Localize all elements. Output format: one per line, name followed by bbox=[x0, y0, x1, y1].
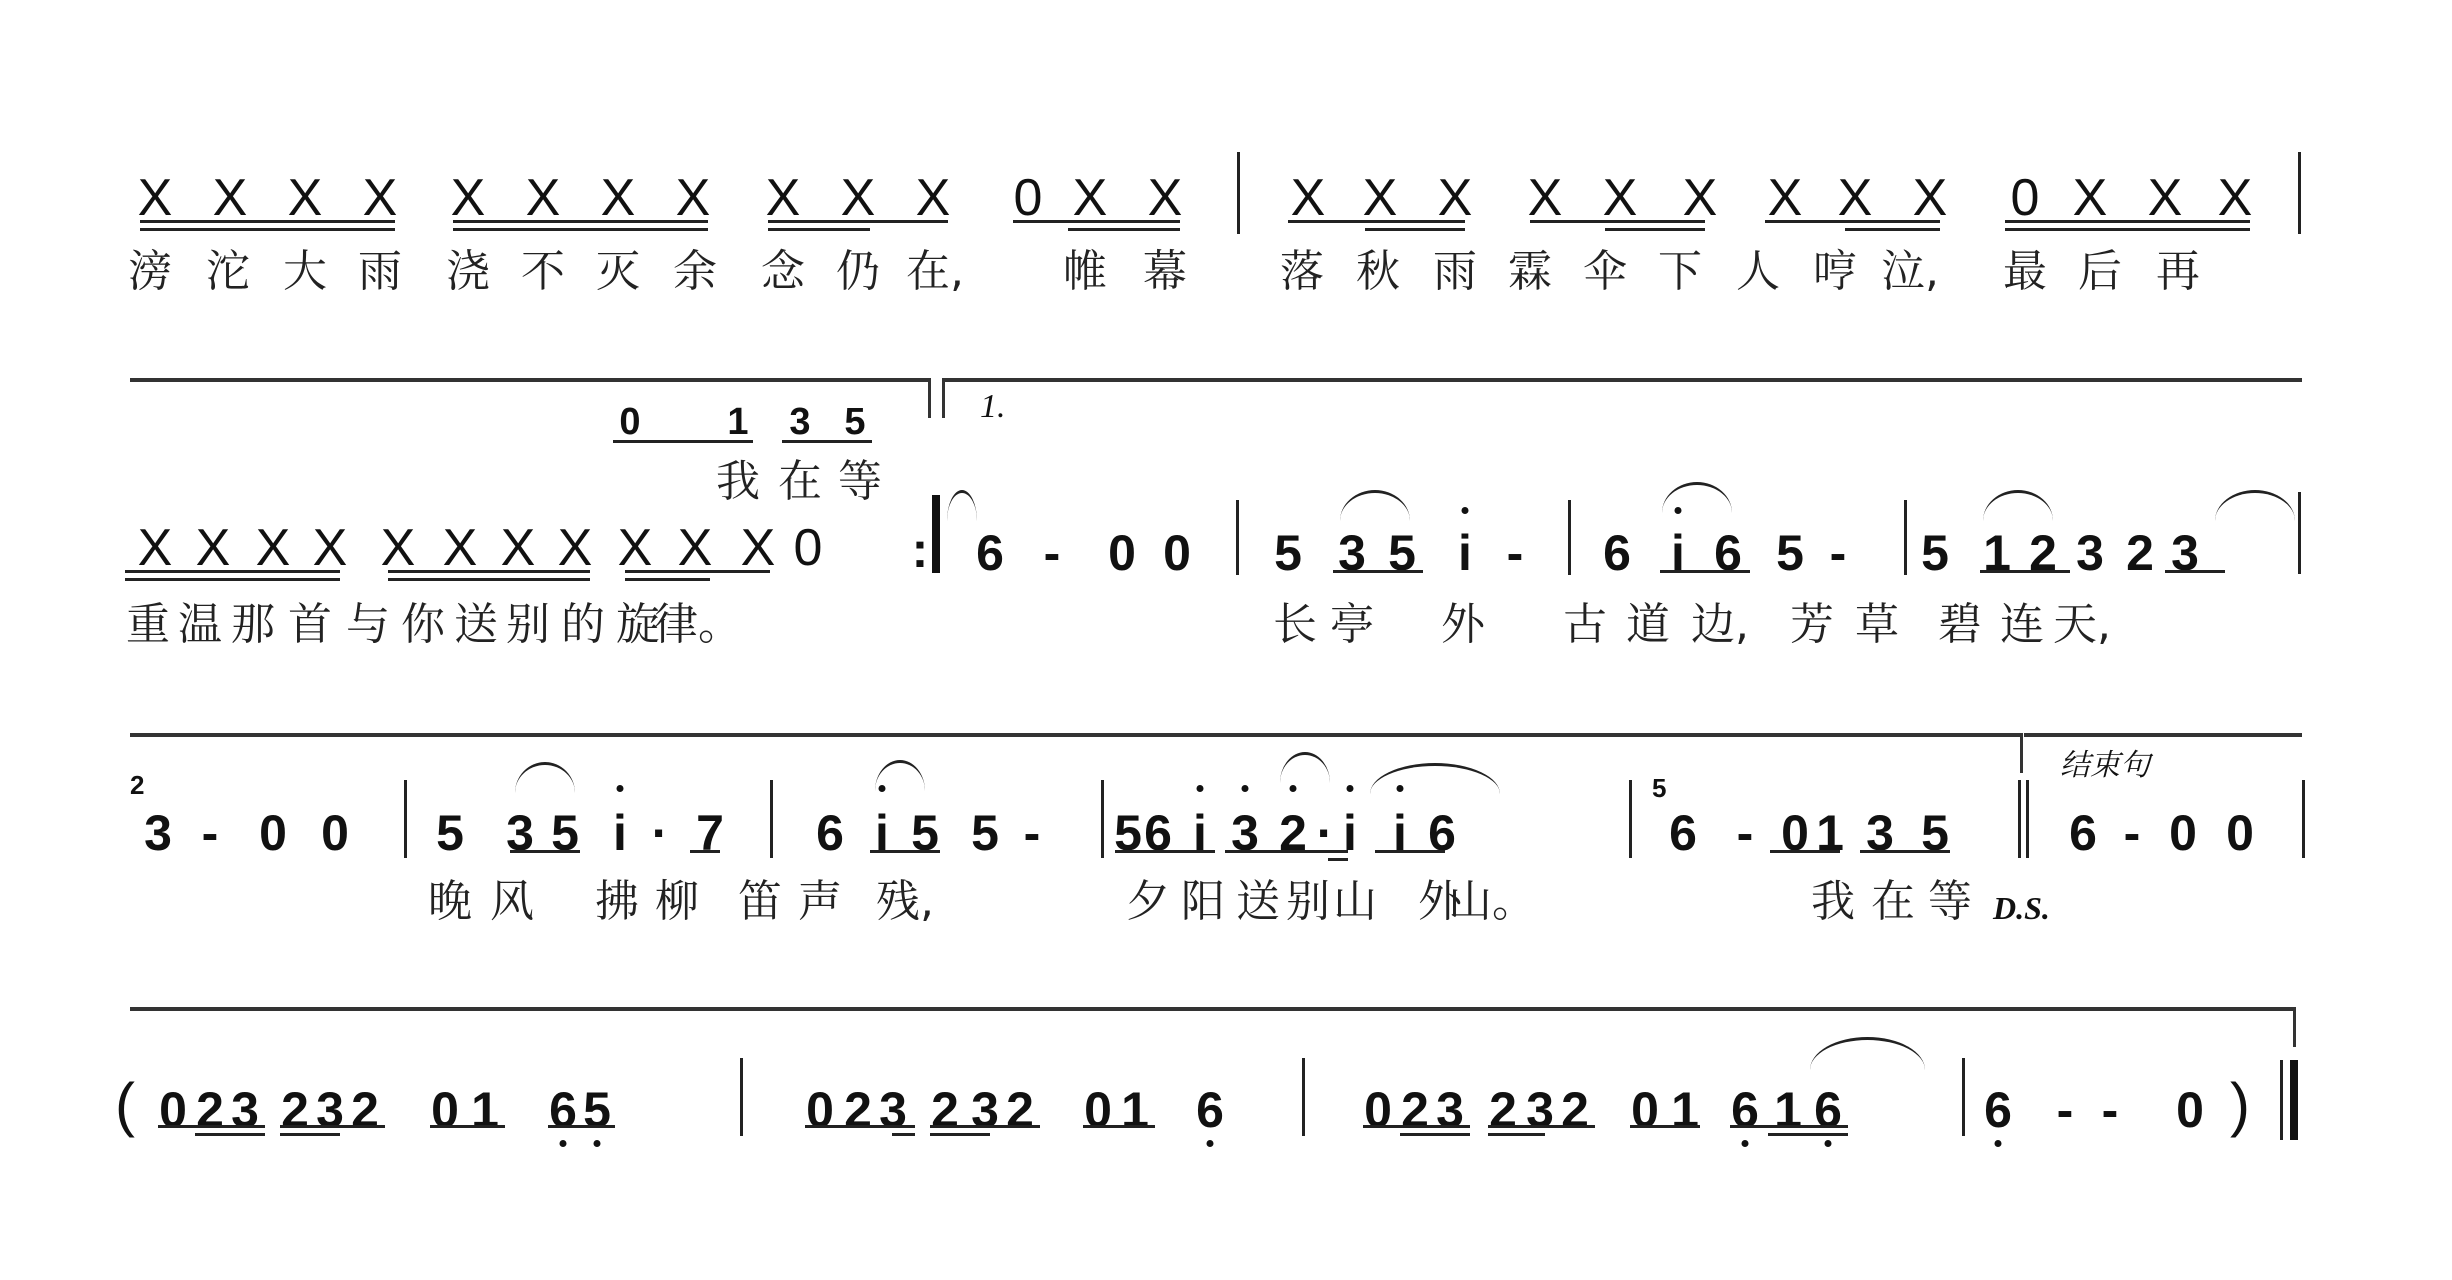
note: 5 bbox=[1776, 528, 1804, 578]
rhythm-note: X bbox=[196, 522, 231, 574]
beam bbox=[782, 440, 872, 443]
beam bbox=[1400, 1133, 1470, 1136]
rhythm-note: X bbox=[1291, 172, 1326, 224]
lyric-char: 雨 bbox=[1433, 250, 1477, 294]
octave-dot bbox=[1207, 1140, 1214, 1147]
repeat-barline bbox=[932, 495, 940, 573]
note: 5 bbox=[1921, 528, 1949, 578]
rhythm-note: X bbox=[501, 522, 536, 574]
slur bbox=[2215, 490, 2295, 521]
beam bbox=[280, 1133, 340, 1136]
note: 2 bbox=[2126, 528, 2154, 578]
lyric-char: 大 bbox=[283, 250, 327, 294]
volta-line bbox=[942, 378, 2302, 382]
beam bbox=[388, 570, 590, 573]
note: - bbox=[1507, 528, 1524, 578]
rhythm-note: 0 bbox=[794, 522, 823, 574]
beam bbox=[625, 578, 710, 581]
barline bbox=[2298, 492, 2301, 574]
staff-bracket-line bbox=[130, 378, 930, 382]
double-barline bbox=[2018, 780, 2021, 858]
rhythm-note: X bbox=[741, 522, 776, 574]
rhythm-note: X bbox=[766, 172, 801, 224]
beam bbox=[1328, 858, 1348, 861]
beam bbox=[1488, 1133, 1545, 1136]
staff-bracket-line bbox=[130, 733, 2020, 737]
lyric-char: 后 bbox=[2078, 250, 2122, 294]
lyric-char: 亭 bbox=[1330, 603, 1374, 647]
volta-bracket bbox=[928, 378, 931, 418]
rhythm-note: 0 bbox=[2011, 172, 2040, 224]
lyric-char: 声 bbox=[798, 880, 842, 924]
note: - bbox=[202, 808, 219, 858]
rhythm-note: X bbox=[1363, 172, 1398, 224]
lyric-char: 边, bbox=[1691, 603, 1749, 647]
lyric-char: 连 bbox=[2000, 603, 2044, 647]
beam bbox=[1278, 850, 1348, 853]
barline bbox=[770, 780, 773, 858]
lyric-char: 山 bbox=[1333, 880, 1377, 924]
note: · bbox=[652, 808, 669, 858]
lyric-char: 天, bbox=[2053, 603, 2111, 647]
lyric-char: 的 bbox=[561, 603, 605, 647]
lyric-char: 仍 bbox=[836, 250, 880, 294]
slur bbox=[1662, 482, 1732, 513]
barline bbox=[2302, 780, 2305, 858]
pickup-note: 1 bbox=[727, 403, 748, 441]
ending-bracket-line bbox=[2024, 733, 2302, 737]
beam bbox=[1630, 1125, 1700, 1128]
note: 6 bbox=[1669, 808, 1697, 858]
octave-dot bbox=[1397, 785, 1404, 792]
note: 6 bbox=[1984, 1085, 2012, 1135]
beam bbox=[625, 570, 770, 573]
barline bbox=[1568, 500, 1571, 575]
octave-dot bbox=[1197, 785, 1204, 792]
rhythm-note: X bbox=[678, 522, 713, 574]
beam bbox=[280, 1125, 385, 1128]
beam bbox=[690, 850, 720, 853]
lyric-char: 重 bbox=[126, 603, 170, 647]
octave-dot bbox=[879, 785, 886, 792]
lyric-char: 哼 bbox=[1813, 250, 1857, 294]
note: - bbox=[1024, 808, 1041, 858]
lyric-char: 那 bbox=[231, 603, 275, 647]
octave-dot bbox=[1242, 785, 1249, 792]
rhythm-note: X bbox=[213, 172, 248, 224]
rhythm-note: X bbox=[618, 522, 653, 574]
beam bbox=[1225, 850, 1285, 853]
beam bbox=[1765, 220, 1940, 223]
lyric-char: 长 bbox=[1273, 603, 1317, 647]
rhythm-note: X bbox=[443, 522, 478, 574]
ds-marking: D.S. bbox=[1993, 890, 2050, 927]
lyric-char: 山。 bbox=[1448, 880, 1536, 924]
octave-dot bbox=[1675, 507, 1682, 514]
barline bbox=[740, 1058, 743, 1136]
pickup-lyric: 在 bbox=[778, 460, 822, 504]
note: - bbox=[2102, 1085, 2119, 1135]
slur bbox=[1340, 490, 1410, 521]
pickup-note: 0 bbox=[619, 403, 640, 441]
beam bbox=[1860, 850, 1950, 853]
lyric-char: 滂 bbox=[128, 250, 172, 294]
note: - bbox=[2124, 808, 2141, 858]
barline bbox=[1904, 500, 1907, 575]
lyric-char: 在 bbox=[1871, 880, 1915, 924]
beam bbox=[768, 228, 870, 231]
lyric-char: 人 bbox=[1736, 250, 1780, 294]
lyric-char: 律。 bbox=[654, 603, 742, 647]
lyric-char: 沱 bbox=[206, 250, 250, 294]
octave-dot bbox=[594, 1140, 601, 1147]
beam bbox=[1845, 228, 1940, 231]
rhythm-note: X bbox=[381, 522, 416, 574]
pickup-lyric: 等 bbox=[838, 460, 882, 504]
octave-dot bbox=[1742, 1140, 1749, 1147]
lyric-char: 霖 bbox=[1508, 250, 1552, 294]
lyric-char: 首 bbox=[288, 603, 332, 647]
rhythm-note: X bbox=[1913, 172, 1948, 224]
lyric-char: 别 bbox=[506, 603, 550, 647]
rhythm-note: X bbox=[1073, 172, 1108, 224]
volta-label: 1. bbox=[980, 388, 1006, 426]
beam bbox=[2005, 228, 2250, 231]
rhythm-note: X bbox=[1438, 172, 1473, 224]
beam bbox=[1083, 1125, 1155, 1128]
barline bbox=[2298, 152, 2301, 234]
lyric-char: 下 bbox=[1658, 250, 1702, 294]
octave-dot bbox=[1825, 1140, 1832, 1147]
note: 0 bbox=[259, 808, 287, 858]
octave-dot bbox=[617, 785, 624, 792]
note: 0 bbox=[1163, 528, 1191, 578]
beam bbox=[2005, 220, 2250, 223]
beam bbox=[1530, 220, 1705, 223]
beam bbox=[1333, 570, 1423, 573]
note: i bbox=[1458, 528, 1472, 578]
lyric-char: 笛 bbox=[738, 880, 782, 924]
slur bbox=[1810, 1037, 1925, 1070]
beam bbox=[613, 440, 753, 443]
octave-dot bbox=[1347, 785, 1354, 792]
lyric-char: 送 bbox=[1236, 880, 1280, 924]
lyric-char: 别 bbox=[1286, 880, 1330, 924]
double-barline bbox=[2026, 780, 2029, 858]
octave-dot bbox=[1290, 785, 1297, 792]
rhythm-note: X bbox=[313, 522, 348, 574]
rhythm-note: X bbox=[2073, 172, 2108, 224]
note: 0 bbox=[2176, 1085, 2204, 1135]
beam bbox=[510, 850, 580, 853]
beam bbox=[125, 578, 340, 581]
beam bbox=[1288, 220, 1465, 223]
beam bbox=[805, 1125, 915, 1128]
repeat-dots: : bbox=[912, 525, 929, 575]
lyric-char: 再 bbox=[2156, 250, 2200, 294]
note: - bbox=[1044, 528, 1061, 578]
beam bbox=[140, 220, 395, 223]
lyric-char: 送 bbox=[454, 603, 498, 647]
grace-note: 2 bbox=[130, 772, 144, 798]
rhythm-note: X bbox=[2218, 172, 2253, 224]
final-barline bbox=[2280, 1060, 2283, 1140]
octave-dot bbox=[1995, 1140, 2002, 1147]
note: 5 bbox=[436, 808, 464, 858]
beam bbox=[768, 220, 948, 223]
final-barline-thick bbox=[2290, 1060, 2298, 1140]
lyric-char: 拂 bbox=[595, 880, 639, 924]
rhythm-note: X bbox=[1838, 172, 1873, 224]
barline bbox=[1962, 1058, 1965, 1136]
rhythm-note: X bbox=[288, 172, 323, 224]
lyric-char: 晚 bbox=[428, 880, 472, 924]
slur bbox=[515, 762, 575, 793]
lyric-char: 与 bbox=[346, 603, 390, 647]
lyric-char: 泣, bbox=[1881, 250, 1939, 294]
note: 3 bbox=[2076, 528, 2104, 578]
grace-note: 5 bbox=[1652, 775, 1666, 801]
beam bbox=[388, 578, 590, 581]
lyric-char: 在, bbox=[906, 250, 964, 294]
rhythm-note: X bbox=[916, 172, 951, 224]
rhythm-note: X bbox=[601, 172, 636, 224]
note: - bbox=[2057, 1085, 2074, 1135]
rhythm-note: X bbox=[676, 172, 711, 224]
beam bbox=[1980, 570, 2070, 573]
note: 6 bbox=[1196, 1085, 1224, 1135]
barline bbox=[1237, 152, 1240, 234]
beam bbox=[1768, 1133, 1848, 1136]
beam bbox=[870, 850, 940, 853]
octave-dot bbox=[560, 1140, 567, 1147]
slur bbox=[1280, 752, 1330, 783]
note: - bbox=[1830, 528, 1847, 578]
lyric-char: 雨 bbox=[358, 250, 402, 294]
lyric-char: 秋 bbox=[1356, 250, 1400, 294]
lyric-char: 草 bbox=[1855, 603, 1899, 647]
rhythm-note: X bbox=[526, 172, 561, 224]
barline bbox=[1101, 780, 1104, 858]
lyric-char: 幕 bbox=[1143, 250, 1187, 294]
rhythm-note: 0 bbox=[1014, 172, 1043, 224]
note: i bbox=[613, 808, 627, 858]
slur bbox=[947, 490, 977, 521]
note: 6 bbox=[816, 808, 844, 858]
pickup-note: 3 bbox=[789, 403, 810, 441]
beam bbox=[1770, 850, 1840, 853]
note: 0 bbox=[321, 808, 349, 858]
lyric-char: 风 bbox=[490, 880, 534, 924]
beam bbox=[1013, 220, 1180, 223]
rhythm-note: X bbox=[1603, 172, 1638, 224]
lyric-char: 念 bbox=[761, 250, 805, 294]
rhythm-note: X bbox=[558, 522, 593, 574]
note: 6 bbox=[976, 528, 1004, 578]
note: 5 bbox=[971, 808, 999, 858]
beam bbox=[1365, 228, 1465, 231]
beam bbox=[1115, 850, 1215, 853]
lyric-char: 灭 bbox=[596, 250, 640, 294]
rhythm-note: X bbox=[1148, 172, 1183, 224]
note: 6 bbox=[2069, 808, 2097, 858]
lyric-char: 道 bbox=[1626, 603, 1670, 647]
barline bbox=[1629, 780, 1632, 858]
lyric-char: 不 bbox=[521, 250, 565, 294]
beam bbox=[548, 1125, 615, 1128]
ending-label: 结束句 bbox=[2060, 740, 2150, 784]
lyric-char: 你 bbox=[401, 603, 445, 647]
note: 0 bbox=[2169, 808, 2197, 858]
note: 0 bbox=[2226, 808, 2254, 858]
beam bbox=[1375, 850, 1445, 853]
lyric-char: 残, bbox=[876, 880, 934, 924]
lyric-char: 古 bbox=[1563, 603, 1607, 647]
lyric-char: 阳 bbox=[1181, 880, 1225, 924]
volta-bracket bbox=[942, 378, 945, 418]
rhythm-note: X bbox=[1768, 172, 1803, 224]
lyric-char: 落 bbox=[1280, 250, 1324, 294]
lyric-char: 帷 bbox=[1063, 250, 1107, 294]
note: 0 bbox=[1108, 528, 1136, 578]
bracket-end bbox=[2293, 1007, 2296, 1047]
pickup-note: 5 bbox=[844, 403, 865, 441]
beam bbox=[195, 1133, 265, 1136]
beam bbox=[2165, 570, 2225, 573]
beam bbox=[1660, 570, 1750, 573]
beam bbox=[1068, 228, 1180, 231]
beam bbox=[930, 1133, 990, 1136]
pickup-lyric: 我 bbox=[716, 460, 760, 504]
rhythm-note: X bbox=[1683, 172, 1718, 224]
barline bbox=[404, 780, 407, 858]
beam bbox=[430, 1125, 505, 1128]
note: 3 bbox=[144, 808, 172, 858]
rhythm-note: X bbox=[256, 522, 291, 574]
beam bbox=[158, 1125, 265, 1128]
lyric-char: 碧 bbox=[1938, 603, 1982, 647]
lyric-char: 外 bbox=[1441, 603, 1485, 647]
rhythm-note: X bbox=[363, 172, 398, 224]
beam bbox=[453, 220, 708, 223]
beam bbox=[930, 1125, 1040, 1128]
rhythm-note: X bbox=[451, 172, 486, 224]
beam bbox=[1730, 1125, 1848, 1128]
ending-bracket bbox=[2020, 733, 2023, 773]
close-paren: ) bbox=[2230, 1075, 2250, 1135]
rhythm-note: X bbox=[841, 172, 876, 224]
octave-dot bbox=[1462, 507, 1469, 514]
open-paren: ( bbox=[115, 1075, 135, 1135]
beam bbox=[140, 228, 395, 231]
lyric-char: 我 bbox=[1811, 880, 1855, 924]
barline bbox=[1302, 1058, 1305, 1136]
lyric-char: 柳 bbox=[655, 880, 699, 924]
lyric-char: 温 bbox=[178, 603, 222, 647]
rhythm-note: X bbox=[138, 172, 173, 224]
lyric-char: 余 bbox=[673, 250, 717, 294]
beam bbox=[892, 1133, 915, 1136]
barline bbox=[1236, 500, 1239, 575]
note: - bbox=[1737, 808, 1754, 858]
rhythm-note: X bbox=[1528, 172, 1563, 224]
beam bbox=[453, 228, 708, 231]
note: 6 bbox=[1603, 528, 1631, 578]
lyric-char: 最 bbox=[2003, 250, 2047, 294]
lyric-char: 伞 bbox=[1583, 250, 1627, 294]
beam bbox=[1605, 228, 1705, 231]
beam bbox=[1363, 1125, 1470, 1128]
rhythm-note: X bbox=[138, 522, 173, 574]
slur bbox=[1370, 763, 1500, 794]
lyric-char: 芳 bbox=[1790, 603, 1834, 647]
beam bbox=[1488, 1125, 1595, 1128]
lyric-char: 夕 bbox=[1126, 880, 1170, 924]
slur bbox=[1983, 490, 2053, 521]
lyric-char: 等 bbox=[1928, 880, 1972, 924]
lyric-char: 浇 bbox=[446, 250, 490, 294]
rhythm-note: X bbox=[2148, 172, 2183, 224]
staff-bracket-line bbox=[130, 1007, 2295, 1011]
note: 5 bbox=[1274, 528, 1302, 578]
beam bbox=[125, 570, 340, 573]
